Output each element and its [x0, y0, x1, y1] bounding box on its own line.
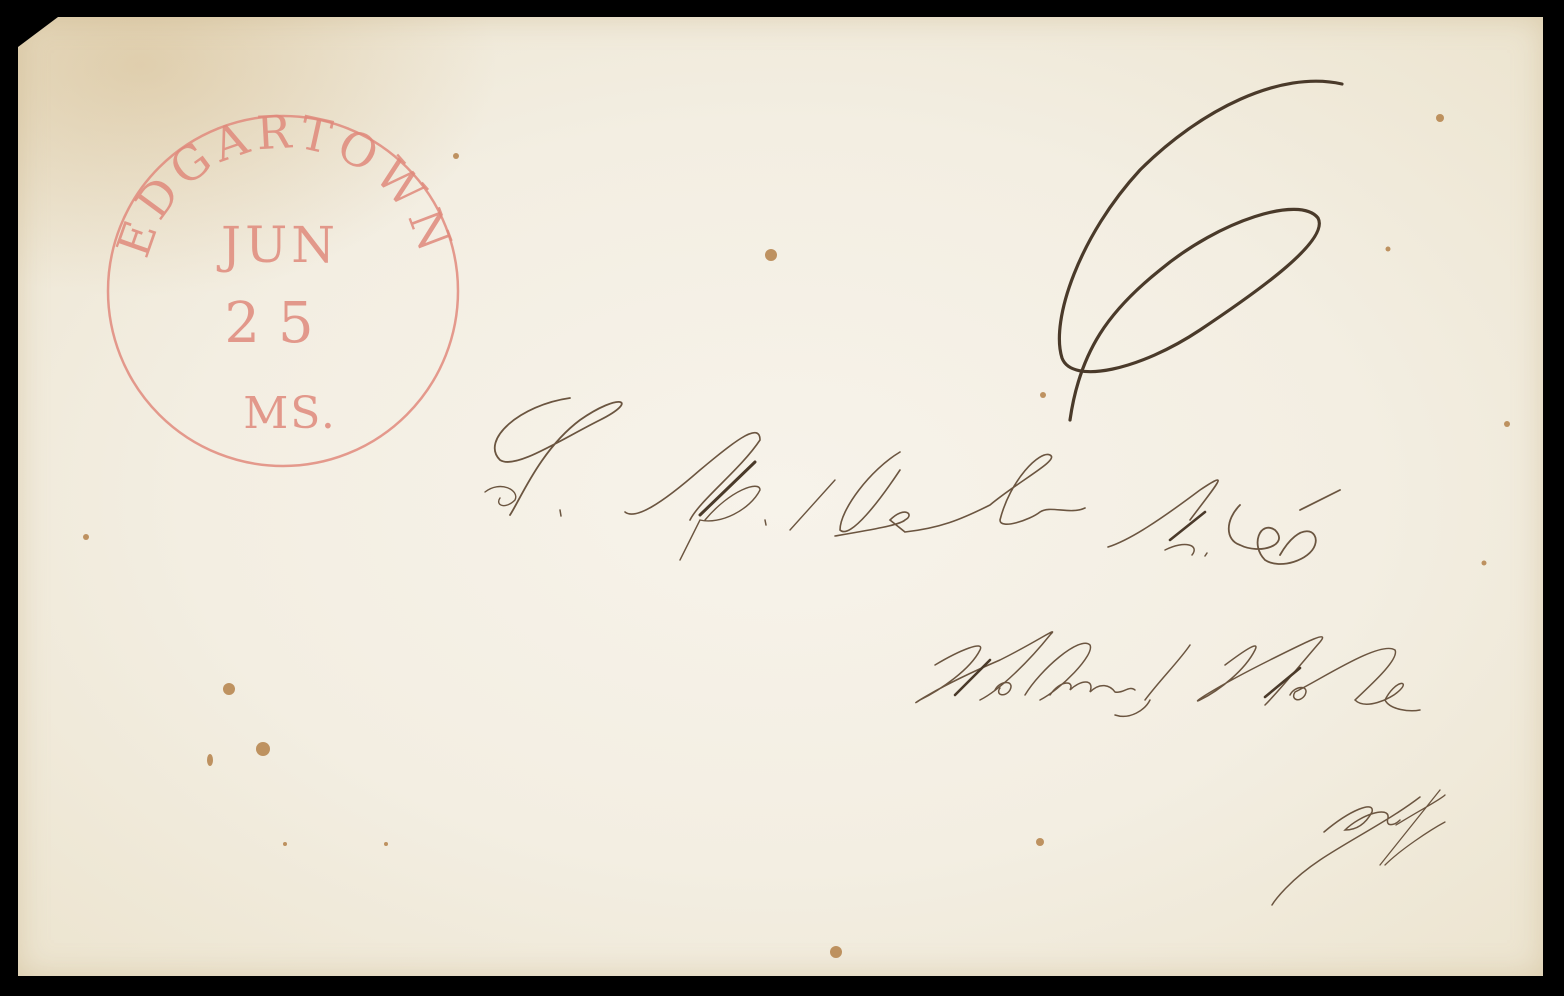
- manuscript-rate-6: [1059, 81, 1342, 420]
- postmark-month: JUN: [216, 216, 339, 274]
- address-line-3: [1272, 790, 1445, 905]
- address-line-1: [485, 398, 1340, 564]
- postmark-state: MS.: [243, 388, 337, 439]
- address-line-2: [916, 632, 1420, 717]
- envelope-markings: EDGARTOWN JUN 25 MS.: [0, 0, 1564, 996]
- postmark-day: 25: [224, 291, 331, 356]
- postmark: EDGARTOWN JUN 25 MS.: [106, 104, 464, 466]
